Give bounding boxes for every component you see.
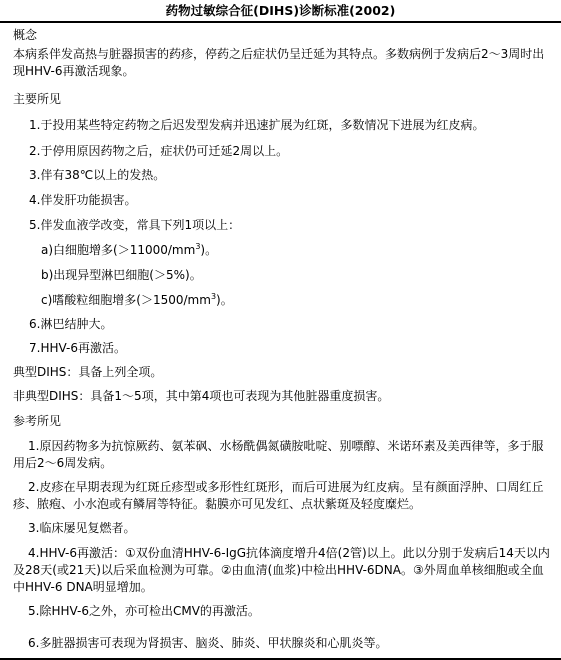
hematology-sub-item: a)白细胞增多(＞11000/mm3)。 xyxy=(41,242,217,258)
main-finding-item: 4.伴发肝功能损害。 xyxy=(29,192,136,208)
reference-finding-item: 3.临床屡见复燃者。 xyxy=(13,520,553,537)
reference-finding-item: 6.多脏器损害可表现为肾损害、脑炎、肺炎、甲状腺炎和心肌炎等。 xyxy=(13,635,553,652)
main-finding-item: 5.伴发血液学改变，常具下列1项以上： xyxy=(29,217,240,233)
reference-finding-item: 1.原因药物多为抗惊厥药、氨苯砜、水杨酰偶氮磺胺吡啶、别嘌醇、米诺环素及美西律等… xyxy=(13,438,553,472)
reference-finding-item: 5.除HHV-6之外，亦可检出CMV的再激活。 xyxy=(13,603,553,620)
reference-finding-item: 4.HHV-6再激活：①双份血清HHV-6-IgG抗体滴度增升4倍(2管)以上。… xyxy=(13,545,553,596)
main-finding-item: 3.伴有38℃以上的发热。 xyxy=(29,167,165,183)
hematology-sub-item: b)出现异型淋巴细胞(＞5%)。 xyxy=(41,267,202,283)
reference-findings-heading: 参考所见 xyxy=(13,413,61,429)
hematology-sub-item: c)嗜酸粒细胞增多(＞1500/mm3)。 xyxy=(41,292,233,308)
main-finding-item: 6.淋巴结肿大。 xyxy=(29,316,112,332)
reference-finding-item: 2.皮疹在早期表现为红斑丘疹型或多形性红斑形，而后可进展为红皮病。呈有颜面浮肿、… xyxy=(13,479,553,513)
main-finding-item: 7.HHV-6再激活。 xyxy=(29,340,126,356)
main-finding-item: 2.于停用原因药物之后，症状仍可迁延2周以上。 xyxy=(29,143,288,159)
typical-dihs: 典型DIHS：具备上列全项。 xyxy=(13,364,162,380)
top-rule xyxy=(0,21,561,23)
main-finding-item: 1.于投用某些特定药物之后迟发型发病并迅速扩展为红斑，多数情况下进展为红皮病。 xyxy=(29,117,484,133)
concept-heading: 概念 xyxy=(13,27,37,43)
document-title: 药物过敏综合征(DIHS)诊断标准(2002) xyxy=(0,0,561,21)
concept-text: 本病系伴发高热与脏器损害的药疹，停药之后症状仍呈迁延为其特点。多数病例于发病后2… xyxy=(13,46,553,80)
atypical-dihs: 非典型DIHS：具备1～5项，其中第4项也可表现为其他脏器重度损害。 xyxy=(13,388,389,404)
main-findings-heading: 主要所见 xyxy=(13,91,61,107)
